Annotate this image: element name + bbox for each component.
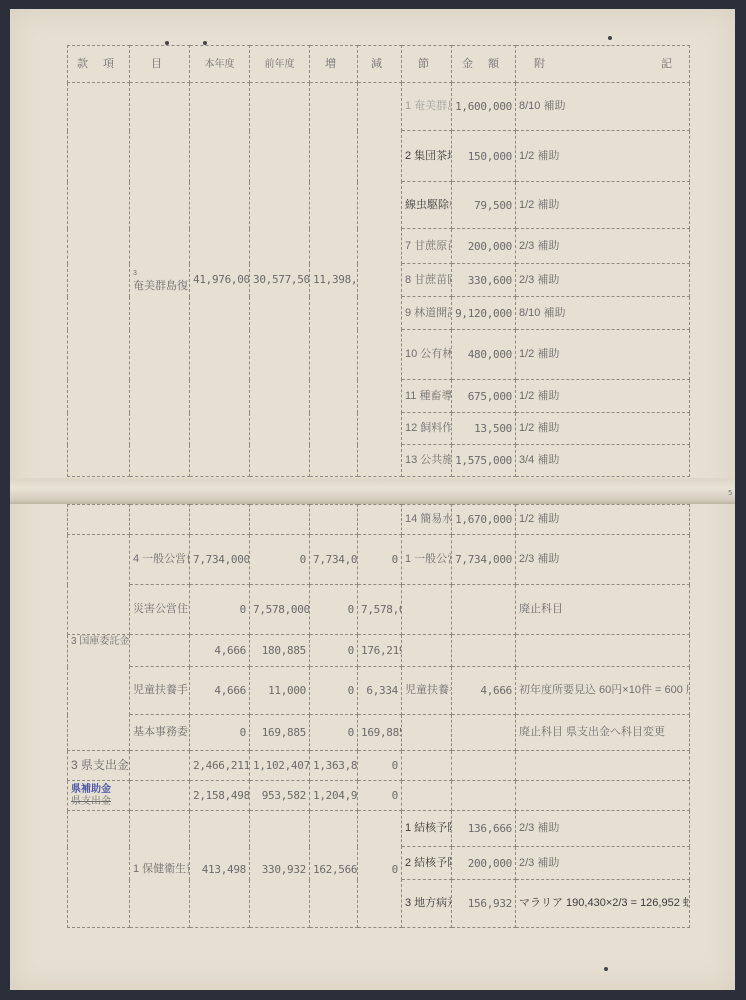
kou-cell [68,505,130,535]
setsu-amount: 4,666 [452,667,516,715]
setsu-amount: 156,932 [452,880,516,928]
setsu-amount [452,715,516,751]
previous-year-value [250,505,310,535]
table-row: 1 保健衛生費補助金 413,498 330,932 162,566 0 1 結… [68,811,690,847]
previous-year-value: 30,577,500 [250,83,310,477]
header-moku: 目 [130,46,190,83]
setsu-item: 1 奄美群島農業基盤整備補助金 [402,83,452,131]
setsu-amount: 7,734,000 [452,535,516,585]
increase-value: 7,734,000 [310,535,358,585]
setsu-amount: 200,000 [452,847,516,880]
table-row: 3 国庫委託金 4,666 180,885 0 176,219 [68,635,690,667]
moku-cell: 4 一般公営住宅建築補助金 [130,535,190,585]
setsu-amount: 200,000 [452,229,516,264]
increase-value: 11,398,500 [310,83,358,477]
table-row: 14 簡易水道施設補助 1,670,000 1/2 補助 [68,505,690,535]
setsu-note [516,751,690,781]
setsu-item: 2 集団茶地補助 [402,131,452,182]
setsu-note: 廃止科目 県支出金へ科目変更 [516,715,690,751]
header-row: 款 項 目 本年度 前年度 増 減 節 金 額 附記 [68,46,690,83]
setsu-note: 1/2 補助 [516,413,690,445]
setsu-amount: 675,000 [452,380,516,413]
setsu-note [516,635,690,667]
staple-hole [604,967,608,971]
current-year-value: 7,734,000 [190,535,250,585]
moku-cell [130,751,190,781]
setsu-note: 2/3 補助 [516,229,690,264]
header-remarks: 附記 [516,46,690,83]
previous-year-value: 330,932 [250,811,310,928]
setsu-note: マラリア 190,430×2/3 = 126,952 蚊駆除剤 40×747 =… [516,880,690,928]
decrease-value: 0 [358,811,402,928]
decrease-value [358,505,402,535]
setsu-amount [452,635,516,667]
setsu-item [402,715,452,751]
increase-value: 1,363,804 [310,751,358,781]
kou-cell [68,83,130,477]
budget-table-bottom: 14 簡易水道施設補助 1,670,000 1/2 補助 4 一般公営住宅建築補… [67,504,690,928]
page-number: 5 [728,489,732,497]
previous-year-value: 7,578,000 [250,585,310,635]
table-row: 3 県支出金 2,466,211 1,102,407 1,363,804 0 [68,751,690,781]
stamped-correction: 県補助金 [71,784,111,795]
header-increase: 増 [310,46,358,83]
setsu-amount: 136,666 [452,811,516,847]
setsu-note: 8/10 補助 [516,83,690,131]
table-row: 県補助金県支出金 2,158,498 953,582 1,204,916 0 [68,781,690,811]
setsu-note: 1/2 補助 [516,131,690,182]
increase-value: 0 [310,635,358,667]
setsu-item: 児童扶養手当支給事務委託金 [402,667,452,715]
kou-cell: 3 国庫委託金 [68,635,130,751]
table-row: 児童扶養手当支給事務委託金 4,666 11,000 0 6,334 児童扶養手… [68,667,690,715]
previous-year-value: 953,582 [250,781,310,811]
header-amount: 金 額 [452,46,516,83]
struck-text: 県支出金 [71,796,111,807]
moku-cell [130,781,190,811]
setsu-item: 14 簡易水道施設補助 [402,505,452,535]
table-row: 災害公営住宅建築補助金 0 7,578,000 0 7,578,000 廃止科目 [68,585,690,635]
setsu-item: 3 地方病対策補助金 [402,880,452,928]
header-previous-year: 前年度 [250,46,310,83]
setsu-note: 8/10 補助 [516,297,690,330]
kou-cell: 3 県支出金 [68,751,130,781]
setsu-note: 2/3 補助 [516,535,690,585]
setsu-note: 1/2 補助 [516,182,690,229]
decrease-value: 7,578,000 [358,585,402,635]
setsu-note: 2/3 補助 [516,811,690,847]
page-fold [10,478,735,504]
moku-cell: 災害公営住宅建築補助金 [130,585,190,635]
moku-cell [130,635,190,667]
setsu-amount [452,585,516,635]
increase-value [310,505,358,535]
setsu-item: 1 結核予防費補助金 [402,811,452,847]
previous-year-value: 169,885 [250,715,310,751]
increase-value: 162,566 [310,811,358,928]
setsu-note: 廃止科目 [516,585,690,635]
setsu-item: 10 公有林造林等補助金 [402,330,452,380]
kou-cell [68,535,130,635]
current-year-value: 4,666 [190,667,250,715]
current-year-value: 0 [190,585,250,635]
current-year-value: 41,976,000 [190,83,250,477]
moku-cell: 基本事務委託金 [130,715,190,751]
setsu-amount: 79,500 [452,182,516,229]
setsu-amount: 330,600 [452,264,516,297]
setsu-item: 1 一般公営住宅建築補助金 [402,535,452,585]
setsu-item [402,781,452,811]
setsu-amount: 9,120,000 [452,297,516,330]
increase-value: 1,204,916 [310,781,358,811]
setsu-amount: 150,000 [452,131,516,182]
previous-year-value: 1,102,407 [250,751,310,781]
previous-year-value: 0 [250,535,310,585]
setsu-note [516,781,690,811]
increase-value: 0 [310,585,358,635]
setsu-amount [452,751,516,781]
current-year-value: 2,158,498 [190,781,250,811]
staple-hole [608,36,612,40]
setsu-note: 2/3 補助 [516,847,690,880]
setsu-item [402,635,452,667]
setsu-item: 13 公共施設建設補助金 [402,445,452,477]
current-year-value [190,505,250,535]
moku-cell: 1 保健衛生費補助金 [130,811,190,928]
setsu-note: 1/2 補助 [516,505,690,535]
moku-cell [130,505,190,535]
previous-year-value: 11,000 [250,667,310,715]
setsu-amount: 1,670,000 [452,505,516,535]
setsu-amount [452,781,516,811]
setsu-item [402,585,452,635]
decrease-value: 169,885 [358,715,402,751]
previous-year-value: 180,885 [250,635,310,667]
increase-value: 0 [310,715,358,751]
setsu-amount: 1,600,000 [452,83,516,131]
header-setsu: 節 [402,46,452,83]
decrease-value: 0 [358,535,402,585]
decrease-value: 0 [358,781,402,811]
setsu-item: 7 甘蔗原苗圃補助金 [402,229,452,264]
setsu-item: 8 甘蔗苗圃補助金 [402,264,452,297]
current-year-value: 4,666 [190,635,250,667]
decrease-value: 0 [358,751,402,781]
setsu-item: 2 結核予防費補助金 [402,847,452,880]
setsu-amount: 480,000 [452,330,516,380]
moku-cell: 3奄美群島復興事業費補助金 [130,83,190,477]
header-decrease: 減 [358,46,402,83]
setsu-amount: 13,500 [452,413,516,445]
setsu-note: 1/2 補助 [516,380,690,413]
header-kan-kou: 款 項 [68,46,130,83]
setsu-note: 2/3 補助 [516,264,690,297]
current-year-value: 0 [190,715,250,751]
budget-table-top: 款 項 目 本年度 前年度 増 減 節 金 額 附記 3奄美群島復興事業費補助金… [67,45,690,477]
current-year-value: 413,498 [190,811,250,928]
setsu-item: 12 飼料作物補助金 [402,413,452,445]
decrease-value: 176,219 [358,635,402,667]
setsu-item: 線虫駆除機購入補助金 [402,182,452,229]
kou-cell [68,811,130,928]
table-row: 基本事務委託金 0 169,885 0 169,885 廃止科目 県支出金へ科目… [68,715,690,751]
decrease-value: 6,334 [358,667,402,715]
setsu-amount: 1,575,000 [452,445,516,477]
setsu-note: 初年度所要見込 60円×10件 = 600 所得状況届見込 38円×107件 =… [516,667,690,715]
setsu-item: 11 種畜導入補助金 [402,380,452,413]
current-year-value: 2,466,211 [190,751,250,781]
table-row: 4 一般公営住宅建築補助金 7,734,000 0 7,734,000 0 1 … [68,535,690,585]
setsu-item [402,751,452,781]
header-current-year: 本年度 [190,46,250,83]
setsu-note: 3/4 補助 [516,445,690,477]
moku-cell: 児童扶養手当支給事務委託金 [130,667,190,715]
kou-cell: 県補助金県支出金 [68,781,130,811]
setsu-note: 1/2 補助 [516,330,690,380]
increase-value: 0 [310,667,358,715]
decrease-cell [358,83,402,477]
setsu-item: 9 林道開設費補助金 [402,297,452,330]
